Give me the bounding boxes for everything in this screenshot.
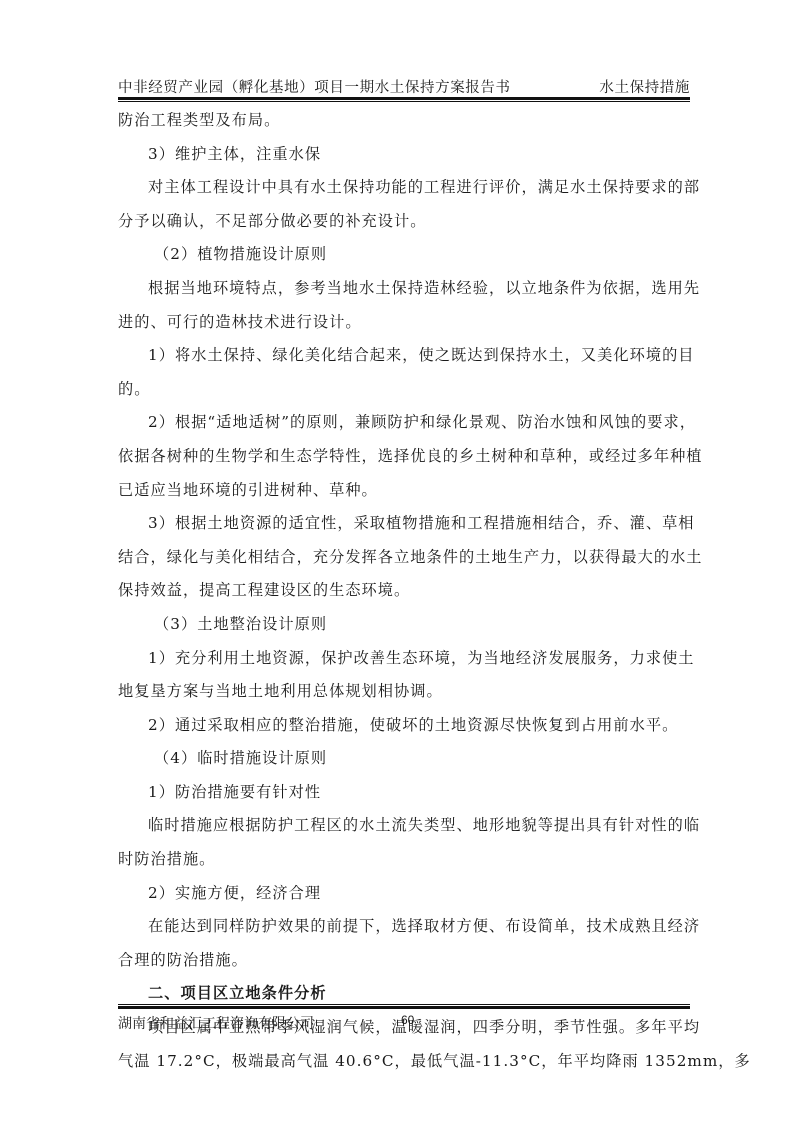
paragraph-line: 2）通过采取相应的整治措施，使破坏的土地资源尽快恢复到占用前水平。 [118,709,690,743]
paragraph-line: 在能达到同样防护效果的前提下，选择取材方便、布设简单，技术成熟且经济 [118,910,690,944]
section-title: 水土保持措施 [599,76,690,97]
paragraph-line: 时防治措施。 [118,843,690,877]
paragraph-line: 地复垦方案与当地土地利用总体规划相协调。 [118,675,690,709]
subsection-heading: （3）土地整治设计原则 [118,608,690,642]
page-footer: 湖南省和益汇工程咨询有限公司 60 [118,1013,690,1033]
paragraph-line: 2）根据“适地适树”的原则，兼顾防护和绿化景观、防治水蚀和风蚀的要求， [118,406,690,440]
list-item-heading: 2）实施方便，经济合理 [118,877,690,911]
body-line: 防治工程类型及布局。 [118,104,690,138]
footer-rule-thick [118,1006,690,1009]
paragraph-line: 合理的防治措施。 [118,944,690,978]
paragraph-line: 依据各树种的生物学和生态学特性，选择优良的乡土树种和草种，或经过多年种植 [118,440,690,474]
paragraph-line: 进的、可行的造林技术进行设计。 [118,306,690,340]
paragraph-line: 分予以确认，不足部分做必要的补充设计。 [118,205,690,239]
paragraph-line: 气温 17.2°C，极端最高气温 40.6°C，最低气温-11.3°C，年平均降… [118,1045,690,1079]
paragraph-line: 保持效益，提高工程建设区的生态环境。 [118,574,690,608]
company-name: 湖南省和益汇工程咨询有限公司 [118,1013,314,1033]
document-body: 防治工程类型及布局。 3）维护主体，注重水保 对主体工程设计中具有水土保持功能的… [118,104,690,1078]
paragraph-line: 的。 [118,373,690,407]
paragraph-line: 已适应当地环境的引进树种、草种。 [118,474,690,508]
paragraph-line: 根据当地环境特点，参考当地水土保持造林经验，以立地条件为依据，选用先 [118,272,690,306]
page-number: 60 [401,1013,414,1027]
paragraph-line: 1）将水土保持、绿化美化结合起来，使之既达到保持水土，又美化环境的目 [118,339,690,373]
paragraph-line: 1）充分利用土地资源，保护改善生态环境，为当地经济发展服务，力求使土 [118,642,690,676]
subsection-heading: （2）植物措施设计原则 [118,238,690,272]
paragraph-line: 对主体工程设计中具有水土保持功能的工程进行评价，满足水土保持要求的部 [118,171,690,205]
paragraph-line: 3）根据土地资源的适宜性，采取植物措施和工程措施相结合，乔、灌、草相 [118,507,690,541]
subsection-heading: （4）临时措施设计原则 [118,742,690,776]
header-rule-thick [118,97,690,100]
paragraph-line: 结合，绿化与美化相结合，充分发挥各立地条件的土地生产力，以获得最大的水土 [118,541,690,575]
footer-rule-thin [118,1004,690,1005]
list-item-heading: 1）防治措施要有针对性 [118,776,690,810]
header-rule-thin [118,101,690,102]
list-item-heading: 3）维护主体，注重水保 [118,138,690,172]
document-title: 中非经贸产业园（孵化基地）项目一期水土保持方案报告书 [118,76,511,97]
page-header: 中非经贸产业园（孵化基地）项目一期水土保持方案报告书 水土保持措施 [118,76,690,96]
paragraph-line: 临时措施应根据防护工程区的水土流失类型、地形地貌等提出具有针对性的临 [118,809,690,843]
